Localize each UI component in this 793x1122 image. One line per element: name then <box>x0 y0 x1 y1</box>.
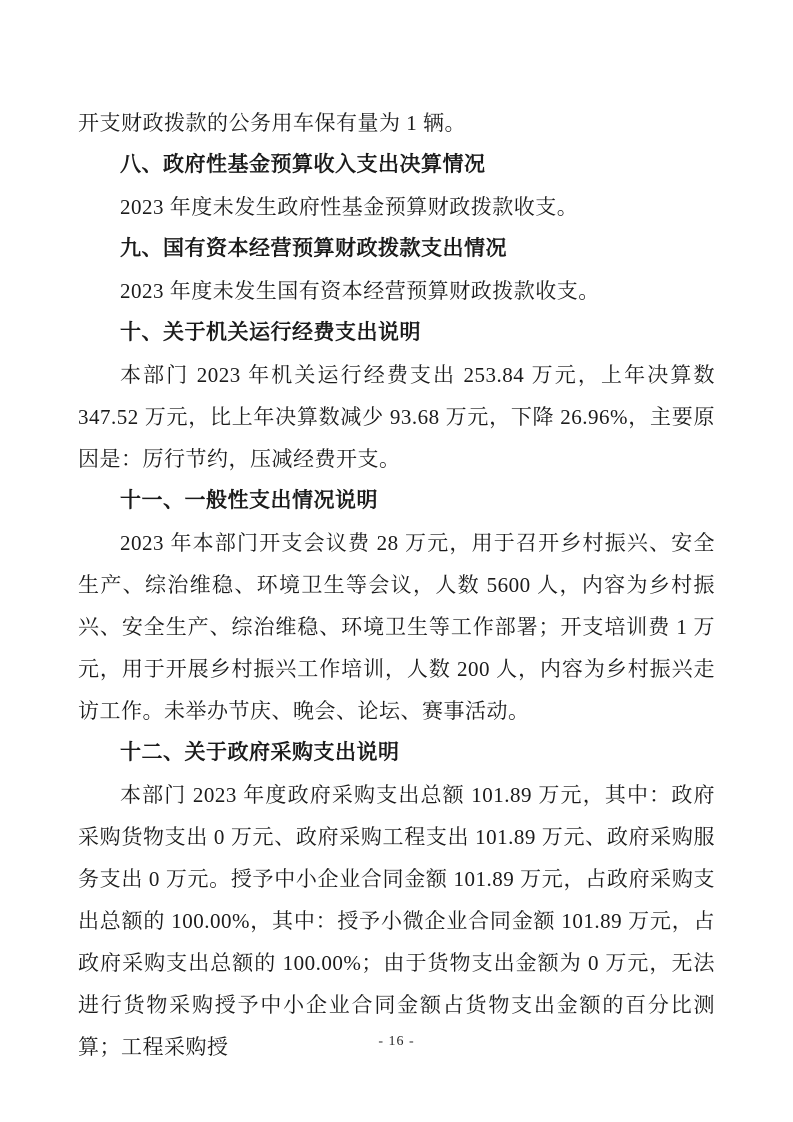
section-heading-8-government-funds: 八、政府性基金预算收入支出决算情况 <box>78 144 715 186</box>
paragraph-general-expenditure: 2023 年本部门开支会议费 28 万元，用于召开乡村振兴、安全生产、综治维稳、… <box>78 522 715 732</box>
paragraph-procurement: 本部门 2023 年度政府采购支出总额 101.89 万元，其中：政府采购货物支… <box>78 774 715 1068</box>
section-heading-11-general-expenditure: 十一、一般性支出情况说明 <box>78 480 715 522</box>
document-body: 开支财政拨款的公务用车保有量为 1 辆。 八、政府性基金预算收入支出决算情况 2… <box>78 102 715 1068</box>
paragraph-vehicle-count-continuation: 开支财政拨款的公务用车保有量为 1 辆。 <box>78 102 715 144</box>
section-heading-10-operating-expenses: 十、关于机关运行经费支出说明 <box>78 312 715 354</box>
page-number: - 16 - <box>0 1034 793 1050</box>
section-heading-9-state-capital: 九、国有资本经营预算财政拨款支出情况 <box>78 228 715 270</box>
paragraph-government-funds: 2023 年度未发生政府性基金预算财政拨款收支。 <box>78 186 715 228</box>
paragraph-operating-expenses: 本部门 2023 年机关运行经费支出 253.84 万元，上年决算数 347.5… <box>78 354 715 480</box>
section-heading-12-procurement: 十二、关于政府采购支出说明 <box>78 732 715 774</box>
document-page: 开支财政拨款的公务用车保有量为 1 辆。 八、政府性基金预算收入支出决算情况 2… <box>0 0 793 1122</box>
paragraph-state-capital: 2023 年度未发生国有资本经营预算财政拨款收支。 <box>78 270 715 312</box>
